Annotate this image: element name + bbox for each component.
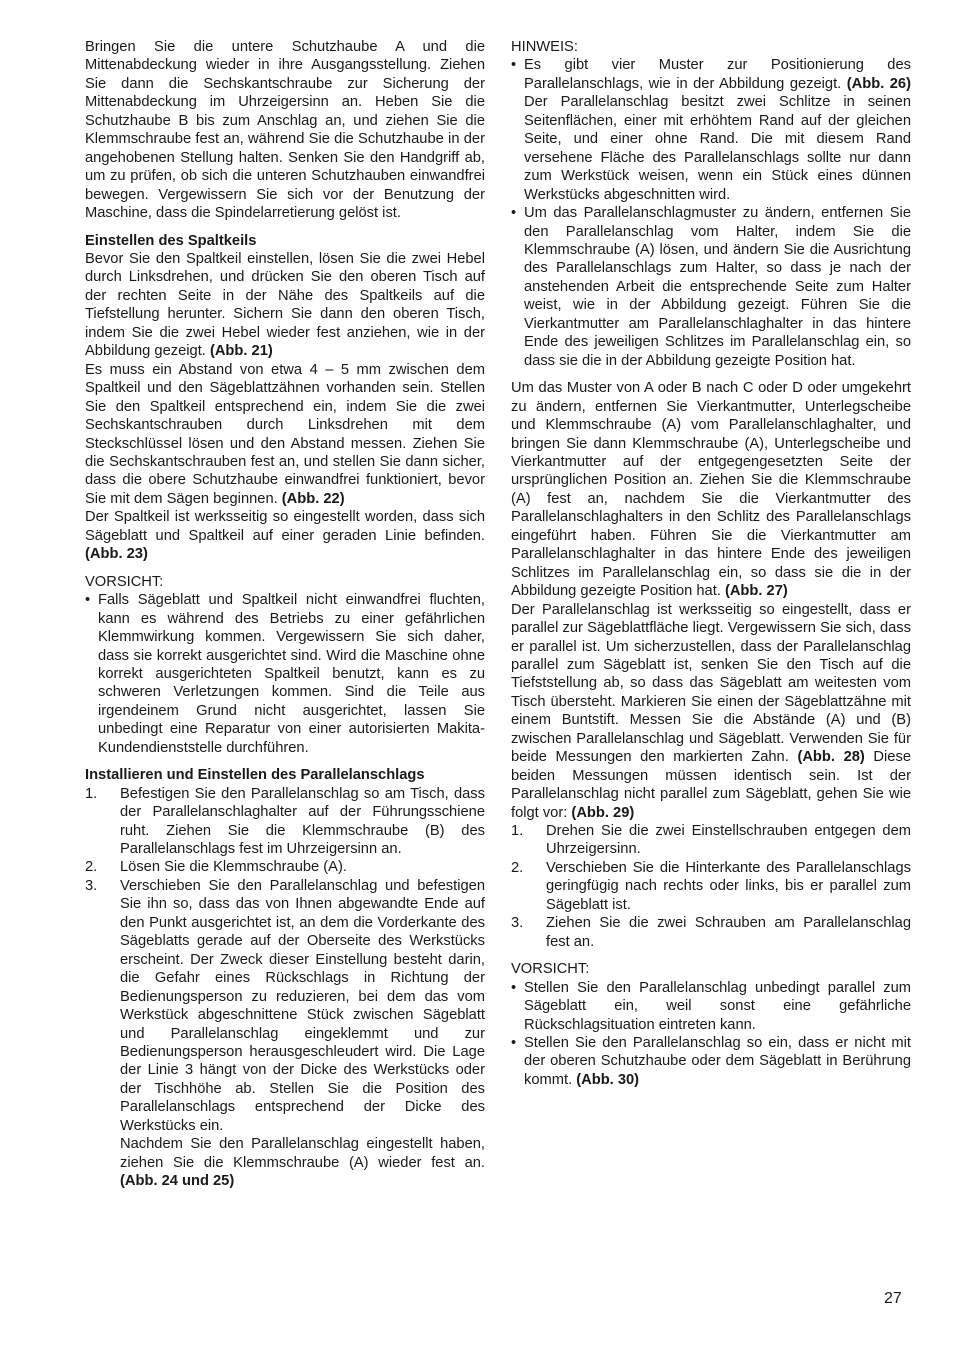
figure-reference: (Abb. 22) <box>282 491 345 507</box>
numbered-item: 3.Ziehen Sie die zwei Schrauben am Paral… <box>511 914 911 951</box>
numbered-text: Lösen Sie die Klemmschraube (A). <box>120 858 485 876</box>
signal-word-label: VORSICHT: <box>511 960 911 978</box>
numbered-text: Drehen Sie die zwei Einstellschrauben en… <box>546 822 911 859</box>
numbered-item: 2.Lösen Sie die Klemmschraube (A). <box>85 858 485 876</box>
bullet-marker: • <box>511 1034 524 1089</box>
bullet-text: Falls Sägeblatt und Spaltkeil nicht einw… <box>98 591 485 757</box>
numbered-item: 3.Verschieben Sie den Parallelanschlag u… <box>85 877 485 1135</box>
bullet-marker: • <box>511 56 524 204</box>
figure-reference: (Abb. 29) <box>571 805 634 821</box>
text-run: Verschieben Sie den Parallelanschlag und… <box>120 878 485 1134</box>
list-number: 3. <box>511 914 546 951</box>
signal-word-label: HINWEIS: <box>511 38 911 56</box>
numbered-item: 1.Drehen Sie die zwei Einstellschrauben … <box>511 822 911 859</box>
numbered-item: 2.Verschieben Sie die Hinterkante des Pa… <box>511 859 911 914</box>
body-paragraph: Nachdem Sie den Parallelanschlag eingest… <box>85 1135 485 1190</box>
figure-reference: (Abb. 28) <box>797 749 864 765</box>
list-number: 3. <box>85 877 120 1135</box>
text-run: Falls Sägeblatt und Spaltkeil nicht einw… <box>98 592 485 756</box>
right-column: HINWEIS:•Es gibt vier Muster zur Positio… <box>511 38 911 1089</box>
bullet-marker: • <box>511 979 524 1034</box>
text-run: Der Parallelanschlag besitzt zwei Schlit… <box>524 94 911 202</box>
text-run: Um das Parallelanschlagmuster zu ändern,… <box>524 205 911 369</box>
bullet-item: •Um das Parallelanschlagmuster zu ändern… <box>511 204 911 370</box>
bullet-text: Um das Parallelanschlagmuster zu ändern,… <box>524 204 911 370</box>
list-number: 1. <box>85 785 120 859</box>
section-heading: Installieren und Einstellen des Parallel… <box>85 766 485 784</box>
text-run: Befestigen Sie den Parallelanschlag so a… <box>120 786 485 857</box>
text-run: Nachdem Sie den Parallelanschlag eingest… <box>120 1136 485 1170</box>
figure-reference: (Abb. 30) <box>576 1072 639 1088</box>
bullet-text: Es gibt vier Muster zur Positionierung d… <box>524 56 911 204</box>
section-heading: Einstellen des Spaltkeils <box>85 232 485 250</box>
body-paragraph: Der Spaltkeil ist werksseitig so eingest… <box>85 508 485 563</box>
figure-reference: (Abb. 21) <box>210 343 273 359</box>
left-column: Bringen Sie die untere Schutzhaube A und… <box>85 38 485 1191</box>
text-run: Bringen Sie die untere Schutzhaube A und… <box>85 39 485 221</box>
list-number: 2. <box>511 859 546 914</box>
manual-page: Bringen Sie die untere Schutzhaube A und… <box>0 0 954 1352</box>
text-run: Ziehen Sie die zwei Schrauben am Paralle… <box>546 915 911 949</box>
text-run: Bevor Sie den Spaltkeil einstellen, löse… <box>85 251 485 359</box>
bullet-item: •Stellen Sie den Parallelanschlag so ein… <box>511 1034 911 1089</box>
numbered-text: Ziehen Sie die zwei Schrauben am Paralle… <box>546 914 911 951</box>
page-number: 27 <box>884 1290 902 1308</box>
text-run: Stellen Sie den Parallelanschlag unbedin… <box>524 980 911 1033</box>
figure-reference: (Abb. 24 und 25) <box>120 1173 234 1189</box>
numbered-text: Verschieben Sie die Hinterkante des Para… <box>546 859 911 914</box>
text-run: Der Parallelanschlag ist werksseitig so … <box>511 602 911 766</box>
bullet-marker: • <box>511 204 524 370</box>
list-number: 1. <box>511 822 546 859</box>
bullet-marker: • <box>85 591 98 757</box>
text-run: Der Spaltkeil ist werksseitig so eingest… <box>85 509 485 543</box>
body-paragraph: Um das Muster von A oder B nach C oder D… <box>511 379 911 600</box>
list-number: 2. <box>85 858 120 876</box>
figure-reference: (Abb. 27) <box>725 583 788 599</box>
bullet-item: •Falls Sägeblatt und Spaltkeil nicht ein… <box>85 591 485 757</box>
numbered-item: 1.Befestigen Sie den Parallelanschlag so… <box>85 785 485 859</box>
figure-reference: (Abb. 23) <box>85 546 148 562</box>
text-run: Es muss ein Abstand von etwa 4 – 5 mm zw… <box>85 362 485 507</box>
numbered-text: Befestigen Sie den Parallelanschlag so a… <box>120 785 485 859</box>
bullet-item: •Stellen Sie den Parallelanschlag unbedi… <box>511 979 911 1034</box>
numbered-text: Verschieben Sie den Parallelanschlag und… <box>120 877 485 1135</box>
bullet-item: •Es gibt vier Muster zur Positionierung … <box>511 56 911 204</box>
signal-word-label: VORSICHT: <box>85 573 485 591</box>
text-run: Drehen Sie die zwei Einstellschrauben en… <box>546 823 911 857</box>
body-paragraph: Bevor Sie den Spaltkeil einstellen, löse… <box>85 250 485 361</box>
bullet-text: Stellen Sie den Parallelanschlag unbedin… <box>524 979 911 1034</box>
body-paragraph: Der Parallelanschlag ist werksseitig so … <box>511 601 911 822</box>
body-paragraph: Bringen Sie die untere Schutzhaube A und… <box>85 38 485 223</box>
text-run: Lösen Sie die Klemmschraube (A). <box>120 859 347 875</box>
figure-reference: (Abb. 26) <box>847 76 911 92</box>
body-paragraph: Es muss ein Abstand von etwa 4 – 5 mm zw… <box>85 361 485 509</box>
bullet-text: Stellen Sie den Parallelanschlag so ein,… <box>524 1034 911 1089</box>
text-run: Verschieben Sie die Hinterkante des Para… <box>546 860 911 913</box>
text-run: Um das Muster von A oder B nach C oder D… <box>511 380 911 599</box>
